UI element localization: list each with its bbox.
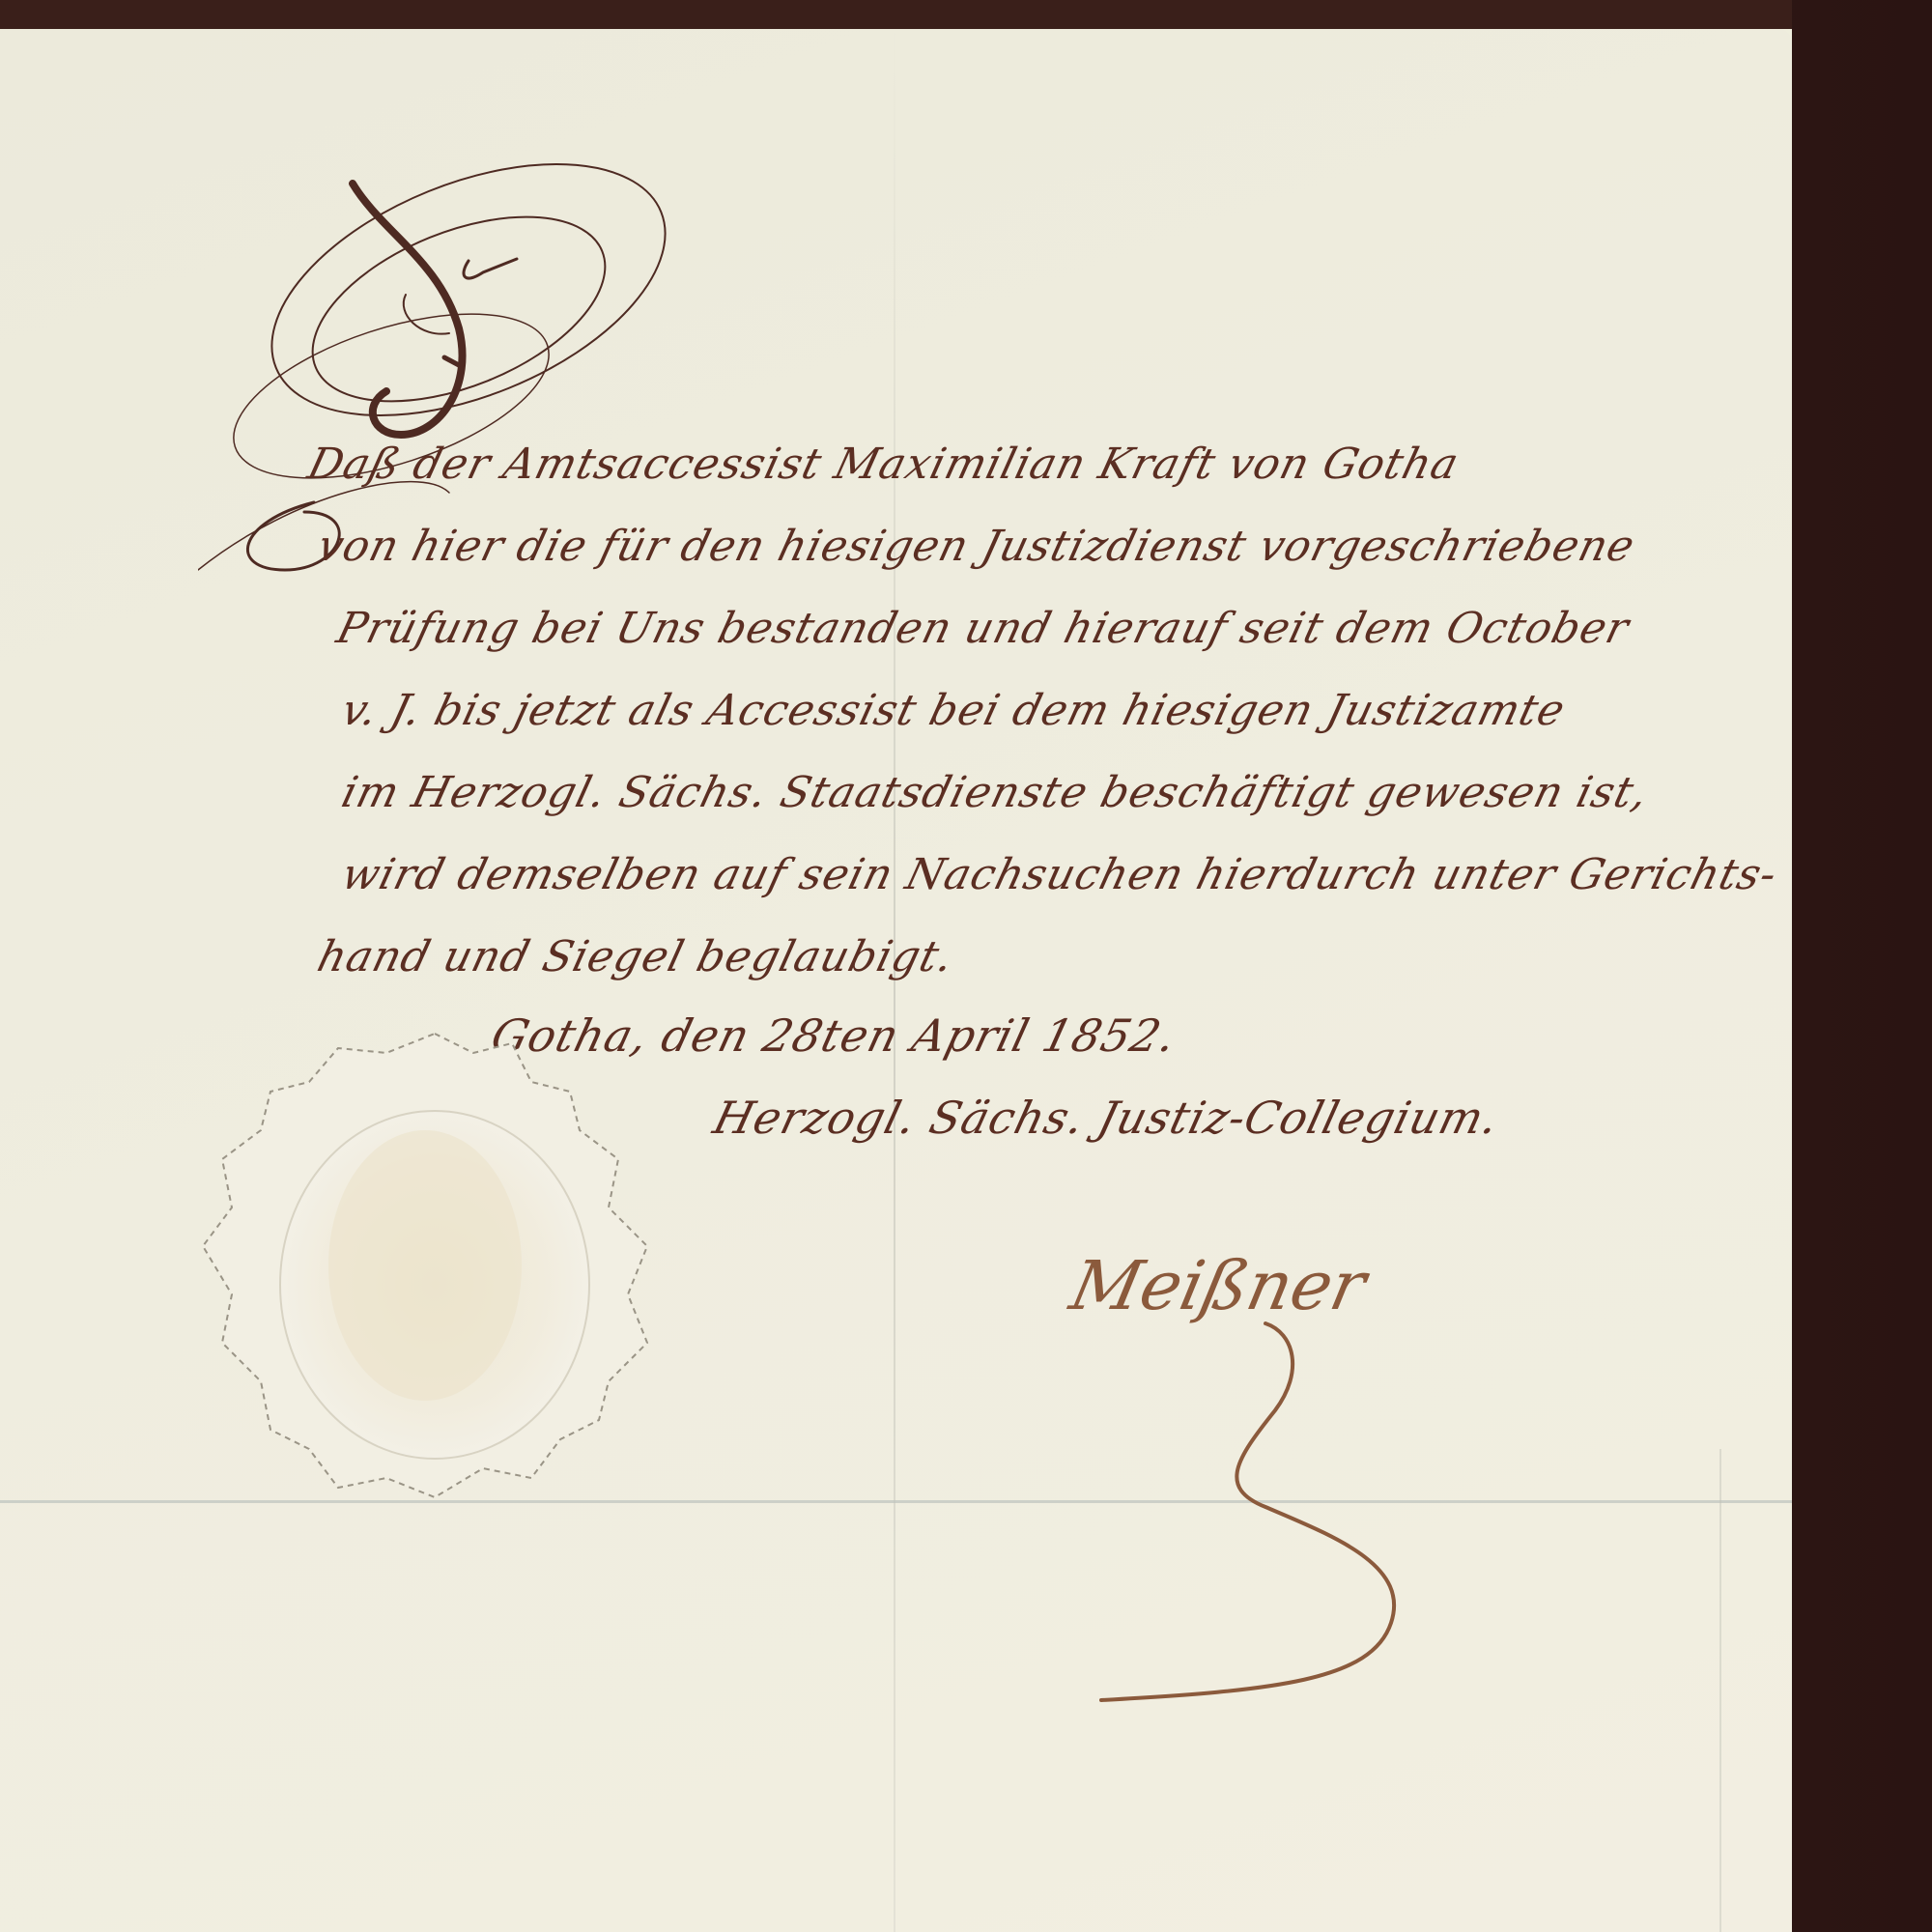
issuer-line: Herzogl. Sächs. Justiz-Collegium. <box>708 1092 1505 1144</box>
body-line-2: von hier die für den hiesigen Justizdien… <box>313 522 1640 571</box>
body-line-3: Prüfung bei Uns bestanden und hierauf se… <box>332 604 1634 653</box>
body-line-7: hand und Siegel beglaubigt. <box>313 932 959 981</box>
body-line-5: im Herzogl. Sächs. Staatsdienste beschäf… <box>337 768 1654 817</box>
right-fold <box>1719 1449 1721 1932</box>
body-line-1: Daß der Amtsaccessist Maximilian Kraft v… <box>303 440 1464 489</box>
table-strip <box>0 0 1792 29</box>
signature: Meißner <box>1064 1246 1373 1325</box>
embossed-seal-icon <box>164 1014 705 1517</box>
body-line-4: v. J. bis jetzt als Accessist bei dem hi… <box>337 686 1571 735</box>
body-line-6: wird demselben auf sein Nachsuchen hierd… <box>337 850 1782 899</box>
